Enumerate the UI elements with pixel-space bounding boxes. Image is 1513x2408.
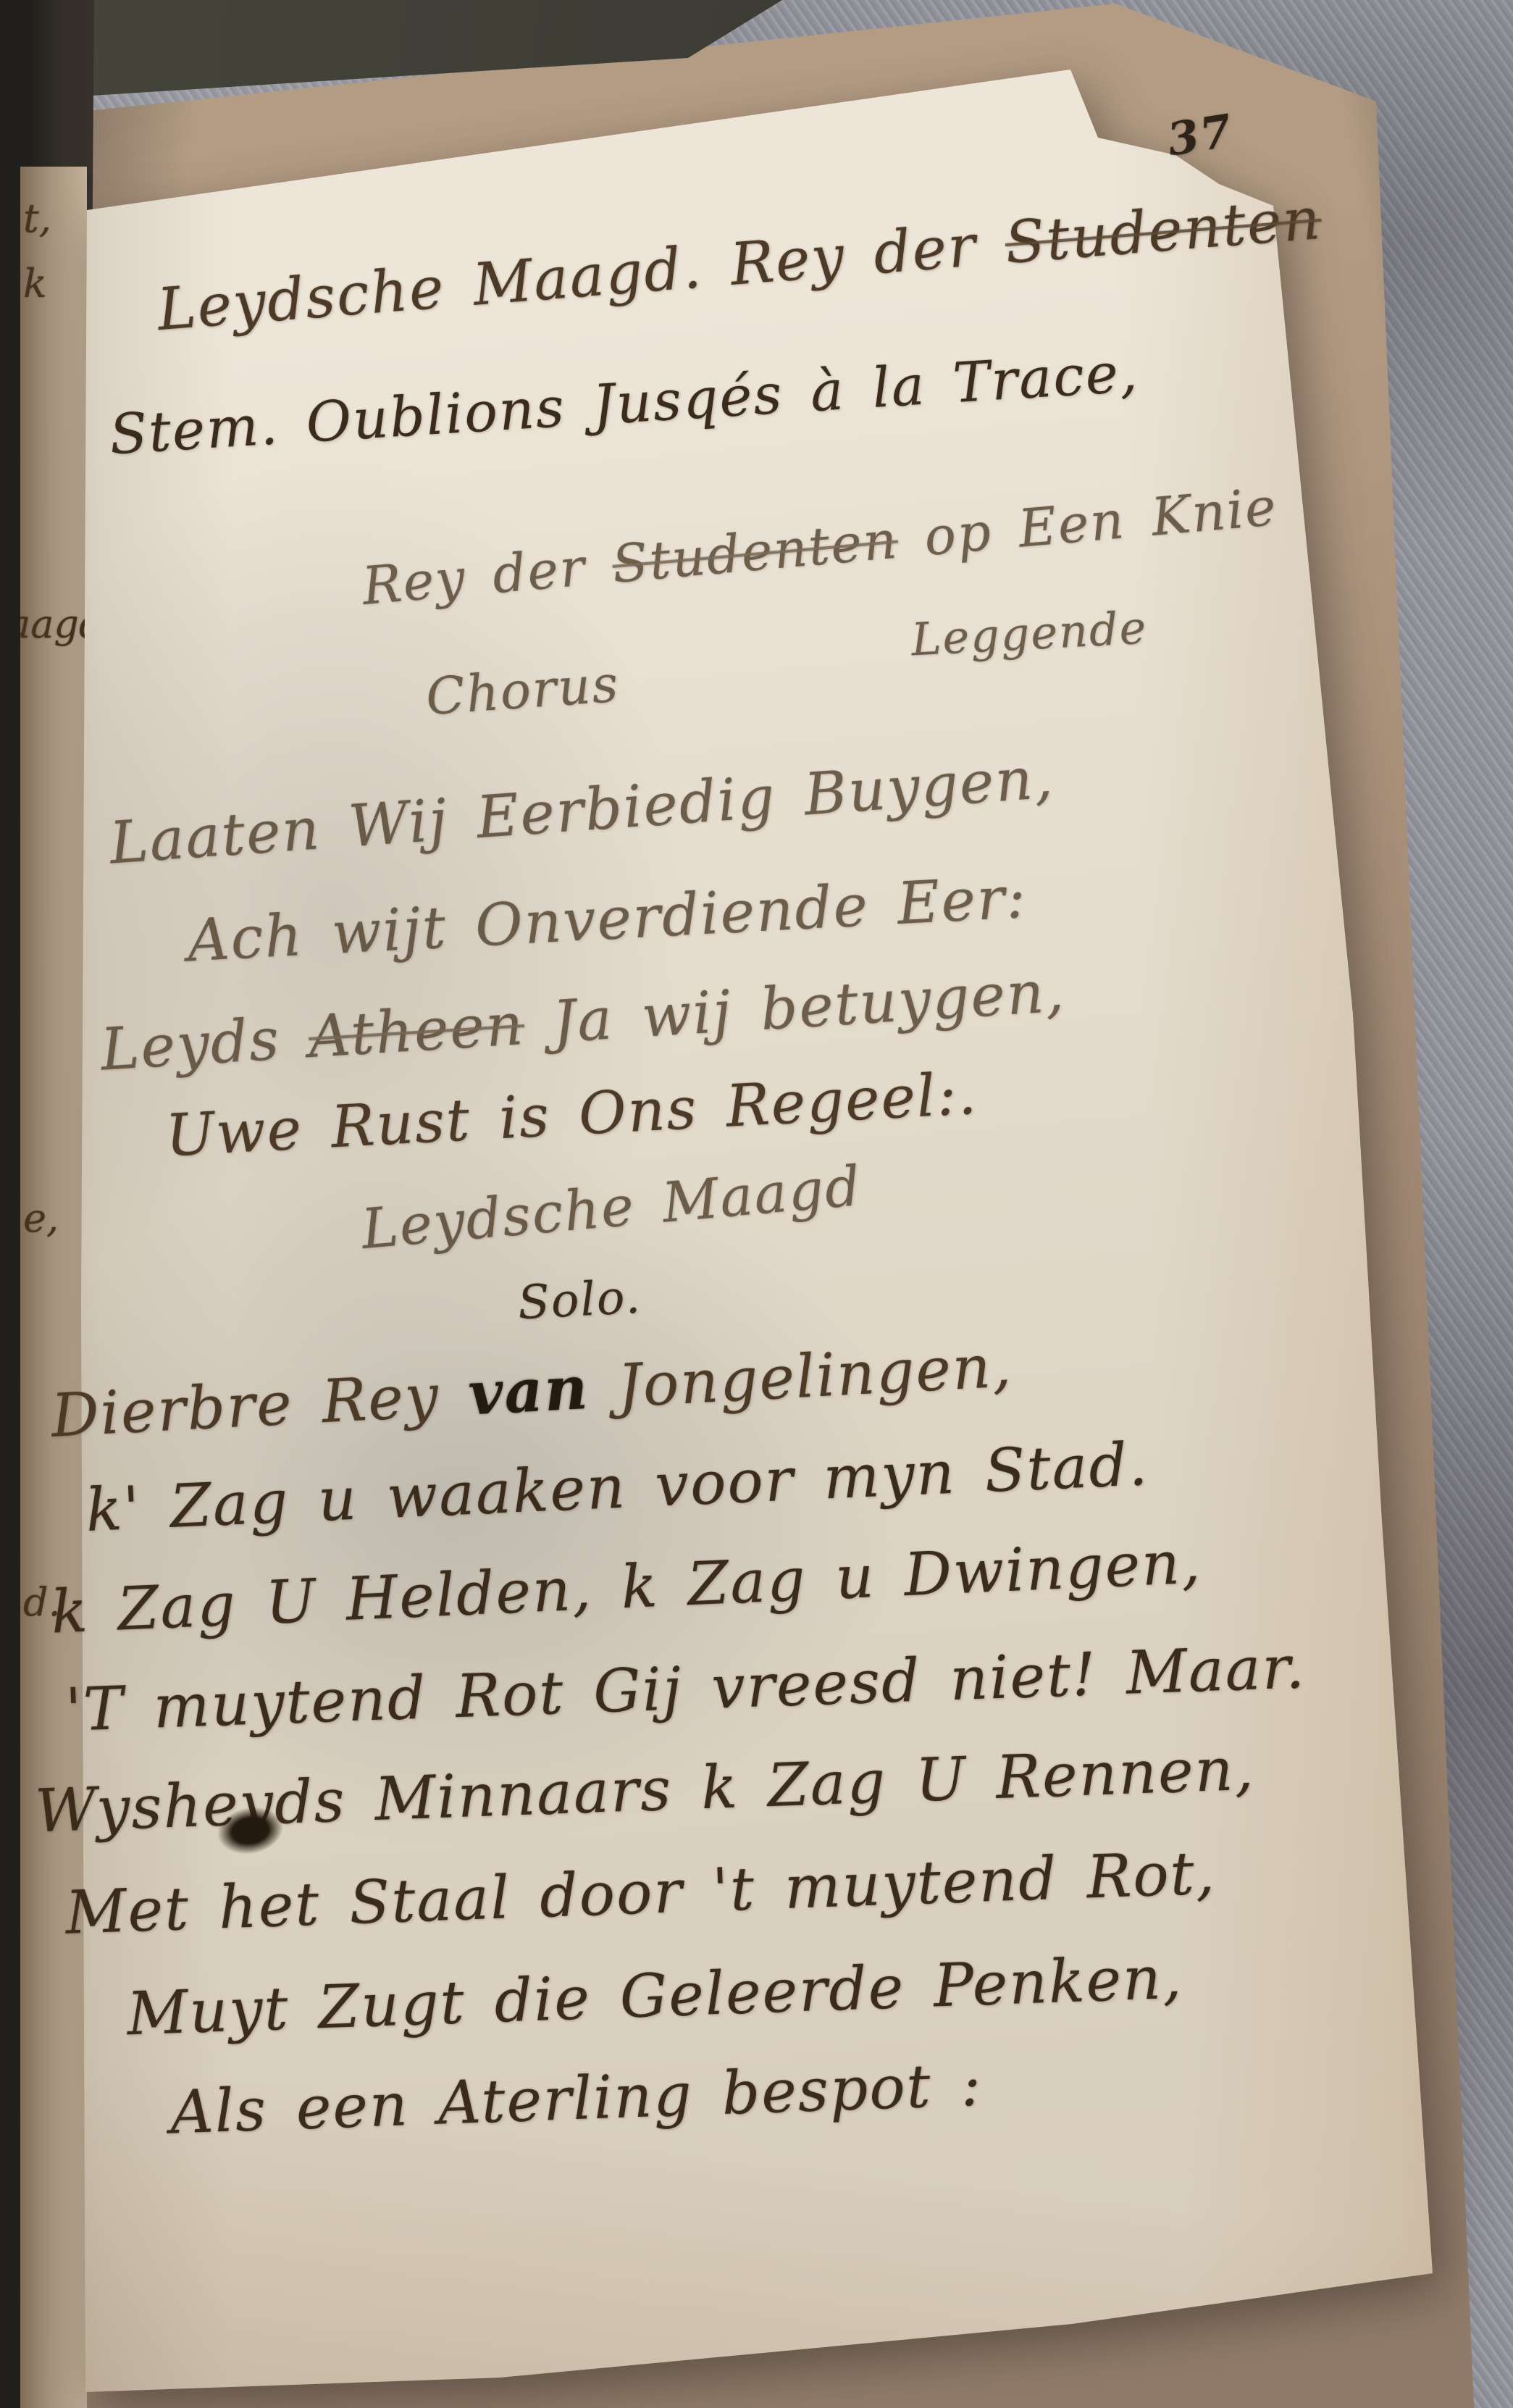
subtitle-line-2: Leggende: [910, 601, 1149, 666]
solo-line-1-overwritten-word: van: [466, 1353, 590, 1429]
chorus-heading: Chorus: [424, 654, 621, 727]
chorus-line-3-text: Leyds: [99, 1003, 311, 1083]
subtitle-line: Rey der Studenten op Een Knie: [360, 476, 1280, 616]
chorus-line-2: Ach wijt Onverdiende Eer:: [185, 864, 1028, 975]
solo-line-6: Met het Staal door 't muytend Rot,: [64, 1839, 1217, 1947]
solo-line-3: k Zag U Helden, k Zag u Dwingen,: [50, 1528, 1203, 1647]
refrain-line: Leydsche Maagd: [359, 1153, 864, 1261]
solo-line-8: Als een Aterling bespot :: [169, 2050, 984, 2147]
subtitle-struck-word: Studenten: [610, 509, 900, 595]
solo-line-1-text: Jongelingen,: [587, 1331, 1013, 1423]
solo-line-2: k' Zag u waaken voor myn Stad.: [85, 1430, 1150, 1545]
photo-of-manuscript-page: { "page_number": "37", "title": { "pre":…: [0, 0, 1513, 2408]
subtitle-text: op Een Knie: [895, 476, 1280, 569]
title-struck-word: Studenten: [1002, 185, 1324, 277]
solo-heading: Solo.: [516, 1271, 642, 1331]
solo-line-5: Wysheyds Minnaars k Zag U Rennen,: [34, 1735, 1256, 1847]
solo-line-1: Dierbre Rey van Jongelingen,: [49, 1331, 1014, 1450]
page-number: 37: [1164, 104, 1237, 166]
subtitle-text: Rey der: [360, 534, 615, 616]
title-text: Leydsche Maagd. Rey der: [155, 209, 1008, 343]
solo-line-1-text: Dierbre Rey: [49, 1360, 470, 1451]
tune-line: Stem. Oublions Jusqés à la Trace,: [108, 340, 1141, 467]
chorus-line-3-text: Ja wij betuygen,: [522, 957, 1067, 1057]
solo-line-7: Muyt Zugt die Geleerde Penken,: [126, 1944, 1184, 2049]
title-line: Leydsche Maagd. Rey der Studenten: [155, 185, 1324, 343]
chorus-line-3-struck-word: Atheen: [306, 990, 526, 1071]
handwriting-layer: 37 Leydsche Maagd. Rey der Studenten Ste…: [0, 0, 1513, 2408]
chorus-line-1: Laaten Wij Eerbiedig Buygen,: [107, 744, 1055, 877]
solo-line-4: 'T muytend Rot Gij vreesd niet! Maar.: [64, 1633, 1307, 1745]
